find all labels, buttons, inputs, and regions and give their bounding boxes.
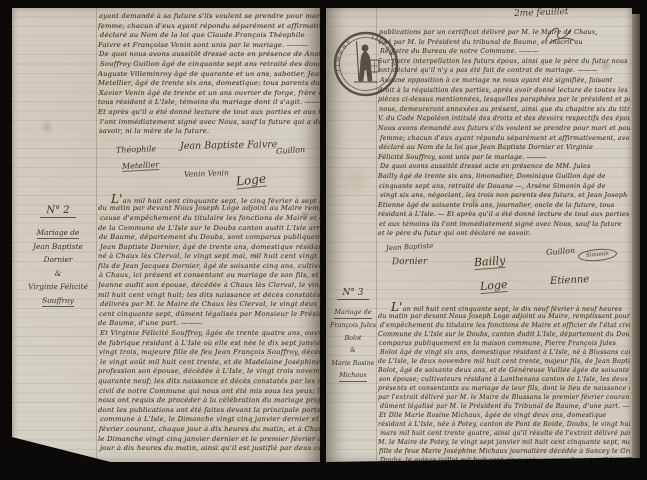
manuscript-line: fille de feue Marie Joséphine Michaux jo… [379, 447, 630, 456]
manuscript-line: savoir, ni la mère de la future. [99, 127, 320, 137]
manuscript-line: Nous avons demandé aux futurs s'ils voul… [378, 124, 630, 134]
signature: Guillon [546, 246, 576, 257]
act3-paragraph: L'an mil huit cent cinquante sept, le di… [378, 303, 630, 474]
manuscript-line: et le père du futur qui ont déclaré ne s… [378, 229, 630, 239]
manuscript-line: dûment légalisé par M. le Président du T… [380, 402, 630, 411]
manuscript-line: cent cinquante sept, dûment légalisés pa… [99, 310, 320, 320]
signature: Théophile [116, 144, 156, 154]
signature: Metellier [122, 160, 160, 172]
manuscript-line: son épouse; cultivateurs résidant à Lant… [379, 375, 630, 384]
margin-note-line: Bolot [329, 332, 377, 345]
manuscript-line: Souffroy Guillon âgé de cinquante sept a… [100, 60, 320, 70]
manuscript-line: tous résidant à L'Isle, témoins du maria… [98, 98, 320, 108]
manuscript-line: femme; chacun d'eux ayant répondu séparé… [98, 22, 320, 32]
scanned-register-spread: N° 2 Mariage de Jean Baptiste Dornier & … [0, 0, 647, 480]
manuscript-line: pièces ci-dessus mentionnées, lesquelles… [378, 95, 630, 105]
manuscript-line: Aucune opposition à ce mariage ne nous a… [380, 76, 630, 86]
margin-note-line: Dornier [22, 253, 94, 267]
manuscript-line: de Baume, d'une part. ——— [98, 319, 320, 329]
manuscript-line: résidant à L'Isle. — Et après qu'il a ét… [378, 210, 630, 220]
signature: Bailly [474, 254, 506, 270]
page-edge-strip [632, 14, 640, 458]
signature: Loge [235, 171, 266, 189]
manuscript-line: De quoi nous avons aussitôt dressé acte … [99, 50, 320, 60]
stamp-text-left: TIMBRE [335, 38, 354, 74]
manuscript-line: civil de notre Commune qui nous ont été … [99, 387, 320, 397]
manuscript-line: nous ont requis de procéder à la célébra… [98, 396, 320, 406]
manuscript-line: dont les publications ont été faites dev… [98, 406, 320, 416]
manuscript-line: L'an mil huit cent cinquante sept, le di… [379, 303, 630, 312]
manuscript-line: par l'extrait délivré par M. le Maire de… [378, 393, 630, 402]
act2-signatures: Jean Baptiste Dornier Bailly Guillon Sim… [378, 239, 630, 303]
manuscript-line: présents et consentants au mariage de le… [378, 384, 630, 393]
manuscript-line: l'extrait délivré par M. le Maire de cet… [378, 465, 630, 474]
manuscript-line: déclaré au Nom de la loi que Claude Fran… [100, 31, 320, 41]
margin-note-line: Mariage de [37, 227, 80, 239]
signature: Etienne [550, 274, 590, 287]
manuscript-line: Jeanne audit son épouse, décédée à Chaux… [98, 281, 320, 291]
margin-note-line: & [329, 344, 377, 357]
manuscript-line: le Dimanche vingt cinq janvier dernier e… [98, 435, 320, 445]
manuscript-line: Bailly âgé de trente six ans, limonadier… [378, 172, 630, 182]
act1-signatures: Théophile Jean Baptiste Faivre Guillon M… [98, 137, 320, 195]
manuscript-line: délivrés par M. le Maire de Chaux lès Cl… [100, 300, 320, 310]
margin-note-line: Marie Rosine [329, 357, 377, 370]
manuscript-line: Faivre et Françoise Venin sont unis par … [98, 41, 320, 51]
manuscript-line: du matin par devant Nous Joseph Loge adj… [378, 312, 630, 321]
margin-note-act-2: N° 2 Mariage de Jean Baptiste Dornier & … [22, 198, 94, 307]
manuscript-line: femme; chacun d'eux ayant répondu séparé… [380, 134, 630, 144]
signature: Dornier [392, 257, 427, 268]
margin-note-act-3: N° 3 Mariage de François Jules Bolot & M… [329, 280, 377, 382]
manuscript-line: déclaré au Nom de la loi que Jean Baptis… [379, 143, 630, 153]
signature: Venin Venin [184, 168, 229, 179]
margin-note-line: Michaux [339, 370, 367, 382]
manuscript-line: Et Dlle Marie Rosine Michaux, âgée de vi… [379, 411, 630, 420]
margin-note-line: & [22, 267, 94, 281]
manuscript-line: d'empêchement du titulaire les fonctions… [380, 321, 630, 330]
manuscript-line: vingt trois, majeure fille de feu Jean F… [99, 348, 320, 358]
manuscript-line: Bolot, âgé de soixante deux ans, et de G… [378, 366, 630, 375]
manuscript-line: quarante neuf; les dits naissance et déc… [98, 377, 320, 387]
signature: Jean Baptiste Faivre [180, 139, 278, 152]
act-number: N° 2 [40, 205, 75, 218]
manuscript-line: Et après qu'il a été donné lecture de to… [98, 108, 320, 118]
manuscript-line: de Baume, département du Doubs, sont com… [99, 233, 320, 243]
manuscript-line: ayant demandé à sa future s'ils voulent … [99, 12, 320, 22]
act-number: N° 3 [337, 288, 370, 300]
left-page-fold-line [96, 8, 97, 462]
left-page-text-column: ayant demandé à sa future s'ils voulent … [98, 12, 320, 454]
manuscript-line: mil huit cent vingt huit; les dits naiss… [98, 291, 320, 301]
manuscript-line: Commune de L'Isle sur le Doubs, canton d… [378, 330, 630, 339]
manuscript-line: Registre du Bureau de notre Commune. ——— [380, 47, 630, 57]
act2-paragraph: L'an mil huit cent cinquante sept, le ci… [98, 195, 320, 454]
manuscript-line: le vingt août mil huit cent trente, et d… [100, 358, 320, 368]
manuscript-line: Xavier Venin âgé de trente et un ans ouv… [99, 89, 320, 99]
manuscript-line: de la Commune de L'Isle sur le Doubs can… [98, 224, 320, 234]
margin-note-line: Virginie Félicité [22, 280, 94, 294]
manuscript-line: Jean Baptiste Dornier, âgé de trente ans… [100, 243, 320, 253]
manuscript-line: cinquante sept ans, retraité de Douane —… [379, 182, 630, 192]
signature: Loge [479, 278, 508, 294]
manuscript-line: jour à dix heures du matin, ainsi qu'il … [100, 444, 320, 454]
margin-note-line: François Jules [329, 319, 377, 332]
manuscript-line: visé par M. le Président du tribunal de … [378, 38, 630, 48]
manuscript-line: février courant, chaque jour à dix heure… [99, 425, 320, 435]
manuscript-line: Auguste Villeminroy âgé de quarante et u… [98, 70, 320, 80]
right-page-text-column: publications par un certificat délivré p… [378, 28, 630, 474]
manuscript-line: à Chaux, ici présent et consentant au ma… [99, 271, 320, 281]
right-page: 2me feuillet TIMBRE IMPERIAL [326, 8, 632, 462]
manuscript-line: de L'Isle, le deux novembre mil huit cen… [378, 357, 630, 366]
manuscript-line: vingt six ans, négociant, les trois non … [380, 191, 630, 201]
manuscript-line: résidant à L'Isle, née à Potey, canton d… [378, 420, 630, 429]
manuscript-line: comparus publiquement en la maison commu… [379, 339, 630, 348]
svg-text:TIMBRE: TIMBRE [335, 38, 354, 74]
act2-closing-paragraph: publications par un certificat délivré p… [378, 28, 630, 239]
signature: Guillon [276, 145, 306, 156]
manuscript-line: Félicité Souffroy, sont unis par le mari… [378, 153, 630, 163]
manuscript-line: mars mil huit cent trente quatre, ainsi … [380, 429, 630, 438]
folio-note: 2me feuillet [514, 7, 569, 19]
manuscript-line: nous, demeureront annexées au présent, a… [379, 105, 630, 115]
manuscript-line: cause d'empêchement du titulaire les fon… [100, 214, 320, 224]
manuscript-line: profession son épouse, décédée à L'Isle,… [98, 367, 320, 377]
manuscript-line: droit à la réquisition des parties, aprè… [378, 86, 630, 96]
manuscript-line: Bolot âgé de vingt six ans, domestique r… [380, 348, 630, 357]
margin-note-line: Jean Baptiste [22, 240, 94, 254]
margin-note-line: Souffroy [42, 295, 74, 307]
manuscript-line: Sur notre interpellation les futurs épou… [378, 57, 630, 67]
left-page: N° 2 Mariage de Jean Baptiste Dornier & … [12, 8, 320, 462]
manuscript-line: M. le Maire de Potey, le vingt sept janv… [378, 438, 630, 447]
manuscript-line: publications par un certificat délivré p… [379, 28, 630, 38]
manuscript-line: L'an mil huit cent cinquante sept, le ci… [99, 195, 320, 205]
signature: Jean Baptiste [386, 242, 434, 252]
act1-closing-paragraph: ayant demandé à sa future s'ils voulent … [98, 12, 320, 137]
manuscript-line: ont déclaré qu'il n'y a pas été fait de … [379, 66, 630, 76]
manuscript-line: du matin par devant Nous Joseph Loge adj… [98, 204, 320, 214]
stamp-figure [354, 41, 379, 82]
manuscript-line: Doubs, le quinze juillet mil huit cent c… [380, 456, 630, 465]
manuscript-line: de fabrique résidant à L'Isle où elle es… [98, 339, 320, 349]
signature-circled-paraph: Simonin [578, 247, 618, 262]
manuscript-line: né à Chaux lès Clerval, le vingt sept ma… [98, 252, 320, 262]
manuscript-line: Etienne âgé de soixante trois ans, journ… [378, 201, 630, 211]
manuscript-line: Metellier, âgé de trente six ans, domest… [98, 79, 320, 89]
manuscript-line: De quoi avons aussitôt dressé acte en pr… [380, 162, 630, 172]
manuscript-line: commune à L'Isle, le Dimanche vingt cinq… [100, 415, 320, 425]
manuscript-line: l'ont immédiatement signé avec Nous, sau… [100, 118, 320, 128]
manuscript-line: Et Virginie Félicité Souffroy, âgée de t… [100, 329, 320, 339]
manuscript-line: V. du Code Napoléon intitulé des droits … [378, 114, 630, 124]
margin-note-line: Mariage de [334, 307, 371, 319]
